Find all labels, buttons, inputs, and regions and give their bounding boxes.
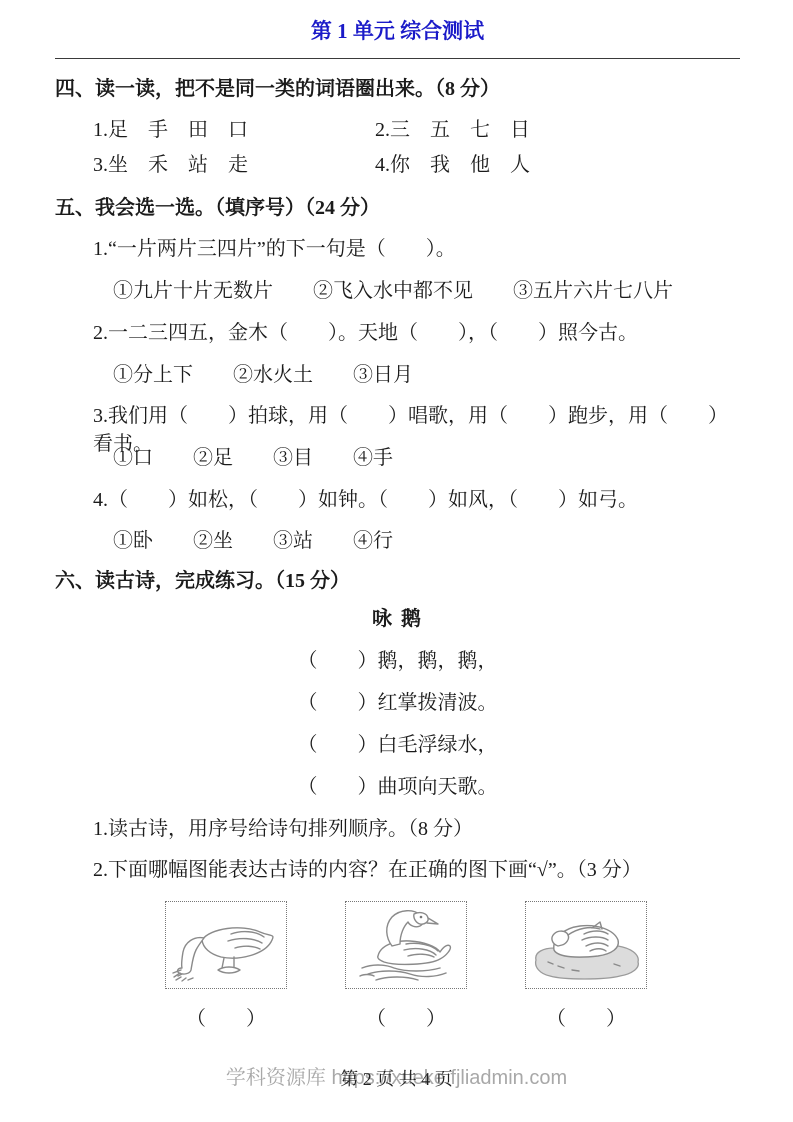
word-group-row-1: 1.足 手 田 口 2.三 五 七 日 (55, 116, 740, 144)
question-5-1-text: 1.“一片两片三四片”的下一句是（ ）。 (93, 235, 740, 263)
poem-line-2: （ ）红掌拨清波。 (298, 689, 498, 717)
picture-box-3 (525, 901, 647, 989)
answer-blank-3: （ ） (525, 1005, 647, 1033)
word-group-1: 1.足 手 田 口 (93, 116, 375, 144)
picture-row (165, 901, 740, 989)
question-5-3-text: 3.我们用（ ）拍球，用（ ）唱歌，用（ ）跑步，用（ ）看书。 (93, 402, 740, 430)
picture-caption-row: （ ） （ ） （ ） (165, 1005, 740, 1033)
page-number: 第 2 页 共 4 页 (340, 1065, 453, 1093)
poem-line-1: （ ）鹅，鹅，鹅， (298, 647, 498, 675)
section-six-heading: 六、读古诗，完成练习。（15 分） (55, 567, 740, 595)
question-5-4-text: 4.（ ）如松，（ ）如钟。（ ）如风，（ ）如弓。 (93, 486, 740, 514)
page-footer: 学科资源库 https://xueke.fjliadmin.com 第 2 页 … (0, 1062, 793, 1094)
section-five: 五、我会选一选。（填序号）（24 分） 1.“一片两片三四片”的下一句是（ ）。… (55, 194, 740, 555)
section-five-heading: 五、我会选一选。（填序号）（24 分） (55, 194, 740, 222)
header-divider (55, 58, 740, 59)
question-5-2-text: 2.一二三四五，金木（ ）。天地（ ），（ ）照今古。 (93, 319, 740, 347)
question-5-4-options: ①卧 ②坐 ③站 ④行 (113, 527, 740, 555)
question-6-2-text: 2.下面哪幅图能表达古诗的内容？在正确的图下画“√”。（3 分） (93, 856, 740, 884)
answer-blank-1: （ ） (165, 1005, 287, 1033)
poem-line-4: （ ）曲项向天歌。 (298, 773, 498, 801)
question-5-2-options: ①分上下 ②水火土 ③日月 (113, 361, 740, 389)
goose-swimming-illustration (348, 904, 464, 986)
question-5-1-options: ①九片十片无数片 ②飞入水中都不见 ③五片六片七八片 (113, 277, 740, 305)
word-group-2: 2.三 五 七 日 (375, 116, 530, 144)
poem-body: （ ）鹅，鹅，鹅， （ ）红掌拨清波。 （ ）白毛浮绿水， （ ）曲项向天歌。 (298, 647, 498, 801)
page-title: 第 1 单元 综合测试 (55, 16, 740, 46)
section-four: 四、读一读，把不是同一类的词语圈出来。（8 分） 1.足 手 田 口 2.三 五… (55, 75, 740, 179)
word-group-row-2: 3.坐 禾 站 走 4.你 我 他 人 (55, 151, 740, 179)
goose-pecking-illustration (168, 904, 284, 986)
section-six: 六、读古诗，完成练习。（15 分） 咏 鹅 （ ）鹅，鹅，鹅， （ ）红掌拨清波… (55, 567, 740, 1033)
poem-title: 咏 鹅 (55, 605, 740, 633)
word-group-3: 3.坐 禾 站 走 (93, 151, 375, 179)
section-four-heading: 四、读一读，把不是同一类的词语圈出来。（8 分） (55, 75, 740, 103)
question-5-3-options: ①口 ②足 ③目 ④手 (113, 444, 740, 472)
poem-line-3: （ ）白毛浮绿水， (298, 731, 498, 759)
picture-box-1 (165, 901, 287, 989)
picture-box-2 (345, 901, 467, 989)
question-6-1-text: 1.读古诗，用序号给诗句排列顺序。（8 分） (93, 815, 740, 843)
word-group-4: 4.你 我 他 人 (375, 151, 530, 179)
answer-blank-2: （ ） (345, 1005, 467, 1033)
goose-nesting-illustration (528, 904, 644, 986)
worksheet-page: 第 1 单元 综合测试 四、读一读，把不是同一类的词语圈出来。（8 分） 1.足… (0, 0, 793, 1122)
